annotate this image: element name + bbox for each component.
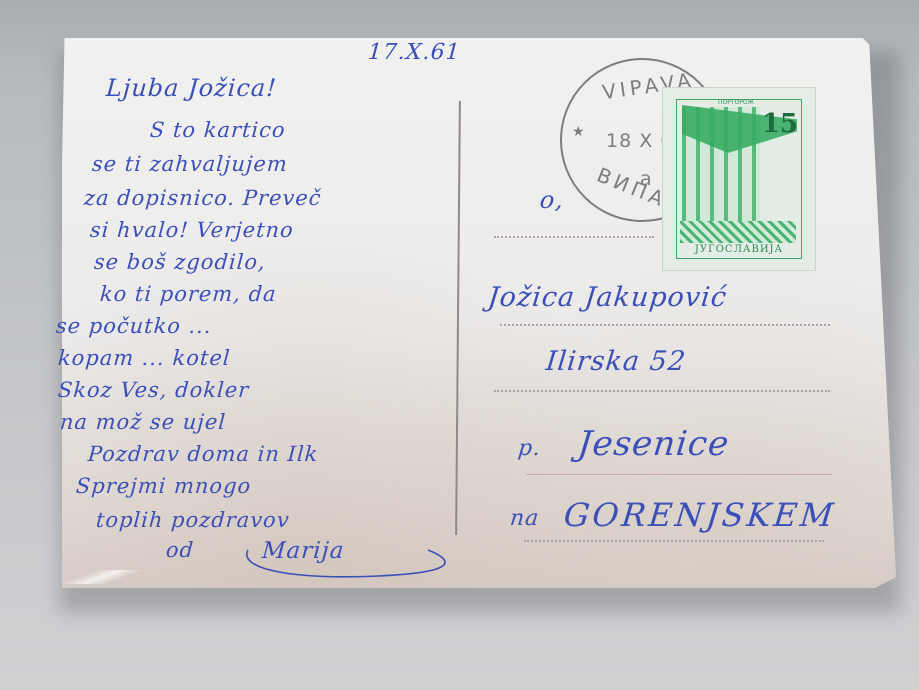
stray-mark: o, [539,186,566,214]
star-icon: ★ [572,124,585,140]
stamp-ground [680,221,796,243]
address-dotted-line [500,324,830,326]
message-line: Pozdrav doma in Ilk [87,442,319,466]
message-date: 17.X.61 [367,40,461,65]
signature-flourish [228,528,458,590]
city-prefix: p. [517,436,543,461]
region: GORENJSKEM [562,496,838,534]
message-line: se boš zgodilo, [93,250,266,274]
address-dotted-line [494,236,654,238]
address-dotted-line [494,390,830,392]
message-salutation: Ljuba Jožica! [105,74,278,102]
stamp-face-value: 15 [762,109,798,139]
message-line: se ti zahvaljujem [91,152,288,176]
message-line: S to kartico [149,118,286,142]
postage-stamp: ПОРТОРОЖ 15 ЈУГОСЛАВИЈА [663,88,815,270]
message-line: kopam ... kotel [57,346,231,370]
message-line: ko ti porem, da [99,282,277,306]
message-closing: od [165,538,195,562]
message-line: za dopisnico. Preveč [83,186,322,210]
message-line: Sprejmi mnogo [75,474,252,498]
message-line: si hvalo! Verjetno [89,218,294,242]
stamp-caption: ПОРТОРОЖ [718,99,754,106]
corner-crease [62,570,142,584]
region-prefix: na [509,506,541,531]
city: Jesenice [576,424,731,464]
message-line: na mož se ujel [59,410,227,434]
message-line: Skoz Ves, dokler [57,378,250,402]
stamp-country: ЈУГОСЛАВИЈА [668,244,810,255]
address-dotted-line [524,540,824,542]
street-address: Ilirska 52 [544,346,687,377]
address-dotted-line [526,474,832,475]
message-line: se počutko ... [55,314,212,338]
recipient-name: Jožica Jakupović [486,282,728,313]
